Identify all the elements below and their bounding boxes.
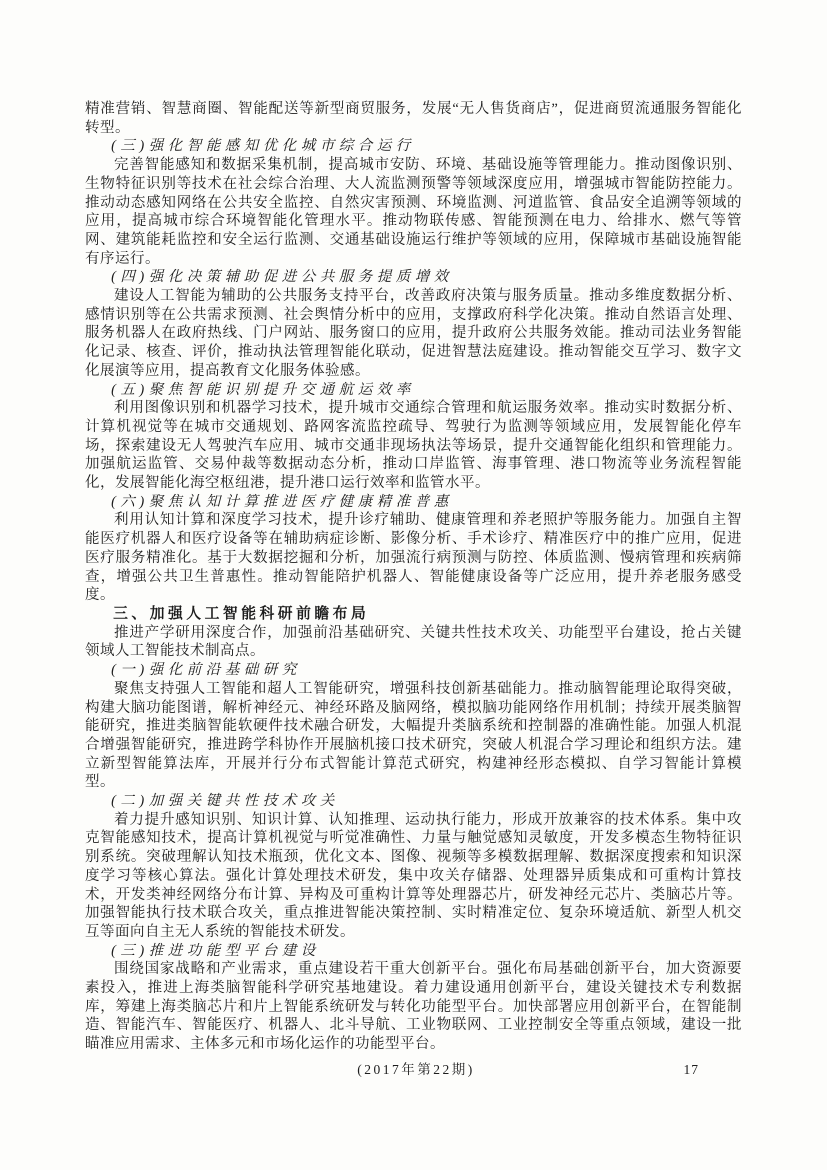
document-body: 精准营销、智慧商圈、智能配送等新型商贸服务，发展“无人售货商店”，促进商贸流通服… — [85, 100, 742, 1054]
section-heading: (四)强化决策辅助促进公共服务提质增效 — [85, 268, 742, 287]
paragraph: 推进产学研用深度合作，加强前沿基础研究、关键共性技术攻关、功能型平台建设，抢占关… — [85, 624, 742, 661]
paragraph: 建设人工智能为辅助的公共服务支持平台，改善政府决策与服务质量。推动多维度数据分析… — [85, 287, 742, 381]
section-heading: (五)聚焦智能识别提升交通航运效率 — [85, 381, 742, 400]
paragraph: 完善智能感知和数据采集机制，提高城市安防、环境、基础设施等管理能力。推动图像识别… — [85, 156, 742, 268]
paragraph: 利用认知计算和深度学习技术，提升诊疗辅助、健康管理和养老照护等服务能力。加强自主… — [85, 511, 742, 605]
chapter-heading: 三、加强人工智能科研前瞻布局 — [85, 605, 742, 624]
journal-issue-label: (2017年第22期) — [357, 1060, 475, 1080]
paragraph-continued: 精准营销、智慧商圈、智能配送等新型商贸服务，发展“无人售货商店”，促进商贸流通服… — [85, 100, 742, 137]
scanned-document-page: 精准营销、智慧商圈、智能配送等新型商贸服务，发展“无人售货商店”，促进商贸流通服… — [0, 0, 827, 1170]
page-number: 17 — [684, 1060, 700, 1080]
section-heading: (二)加强关键共性技术攻关 — [85, 792, 742, 811]
paragraph: 围绕国家战略和产业需求，重点建设若干重大创新平台。强化布局基础创新平台，加大资源… — [85, 960, 742, 1054]
section-heading: (六)聚焦认知计算推进医疗健康精准普惠 — [85, 493, 742, 512]
section-heading: (三)强化智能感知优化城市综合运行 — [85, 137, 742, 156]
paragraph: 利用图像识别和机器学习技术，提升城市交通综合管理和航运服务效率。推动实时数据分析… — [85, 399, 742, 493]
section-heading: (一)强化前沿基础研究 — [85, 661, 742, 680]
section-heading: (三)推进功能型平台建设 — [85, 942, 742, 961]
paragraph: 聚焦支持强人工智能和超人工智能研究，增强科技创新基础能力。推动脑智能理论取得突破… — [85, 680, 742, 792]
paragraph: 着力提升感知识别、知识计算、认知推理、运动执行能力，形成开放兼容的技术体系。集中… — [85, 811, 742, 942]
page-footer: (2017年第22期) 17 — [85, 1060, 747, 1082]
